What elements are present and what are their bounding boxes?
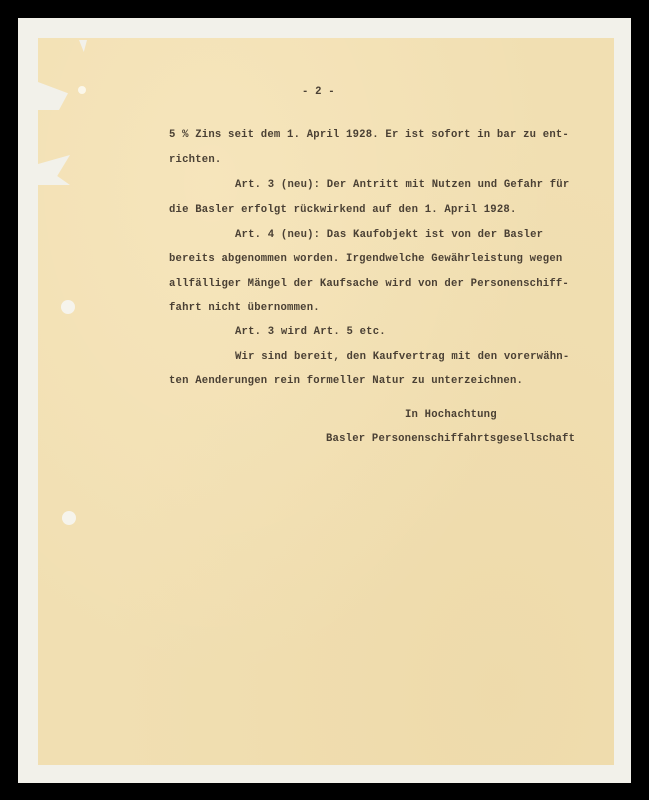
text-line: richten. — [169, 154, 221, 166]
text-line: die Basler erfolgt rückwirkend auf den 1… — [169, 204, 517, 216]
punch-hole — [62, 511, 76, 525]
page-number: - 2 - — [302, 86, 335, 98]
punch-hole — [61, 300, 75, 314]
text-line: Art. 4 (neu): Das Kaufobjekt ist von der… — [235, 229, 543, 241]
signature: Basler Personenschiffahrtsgesellschaft — [326, 433, 575, 445]
paper-sheet — [38, 38, 614, 765]
text-line: bereits abgenommen worden. Irgendwelche … — [169, 253, 562, 265]
text-line: fahrt nicht übernommen. — [169, 302, 320, 314]
closing: In Hochachtung — [405, 409, 497, 421]
text-line: Art. 3 (neu): Der Antritt mit Nutzen und… — [235, 179, 569, 191]
text-line: 5 % Zins seit dem 1. April 1928. Er ist … — [169, 129, 569, 141]
typewritten-text: - 2 - 5 % Zins seit dem 1. April 1928. E… — [0, 0, 13, 180]
text-line: allfälliger Mängel der Kaufsache wird vo… — [169, 278, 569, 290]
text-line: ten Aenderungen rein formeller Natur zu … — [169, 375, 523, 387]
text-line: Art. 3 wird Art. 5 etc. — [235, 326, 386, 338]
paper-stain — [78, 86, 86, 94]
text-line: Wir sind bereit, den Kaufvertrag mit den… — [235, 351, 569, 363]
